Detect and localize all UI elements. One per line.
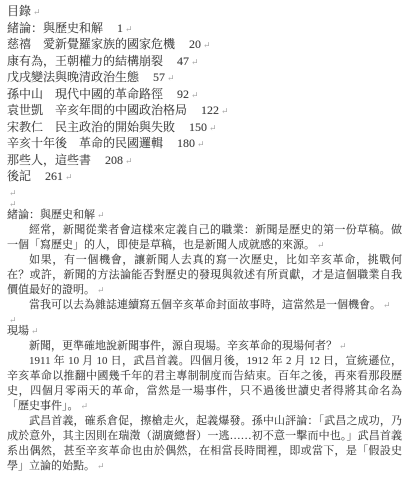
document-page: 目錄↵ 緒論：與歷史和解1↵ 慈禧 愛新覺羅家族的國家危機20↵ 康有為，王朝權…: [0, 0, 410, 480]
paragraph-mark-icon: ↵: [97, 285, 105, 295]
section-heading-text: 緒論：與歷史和解: [7, 209, 95, 221]
toc-item: 康有為，王朝權力的結構崩裂47↵: [7, 54, 402, 71]
paragraph-text: 新聞，更準確地說新聞事件，源自現場。辛亥革命的現場何者？: [29, 340, 337, 352]
toc-item: 宋教仁 民主政治的開始與失敗150↵: [7, 120, 402, 137]
toc-item-page: 1: [117, 21, 123, 35]
toc-item-title: 戊戌變法與晚清政治生態: [7, 70, 139, 84]
paragraph-mark-icon: ↵: [197, 139, 205, 149]
paragraph-mark-icon: ↵: [191, 90, 199, 100]
paragraph: 當我可以去為雜誌連續寫五個辛亥革命封面故事時，這當然是一個機會。↵: [7, 298, 402, 313]
paragraph-mark-icon: ↵: [339, 341, 347, 351]
paragraph-mark-icon: ↵: [317, 240, 325, 250]
paragraph-text: 當我可以去為雜誌連續寫五個辛亥革命封面故事時，這當然是一個機會。: [29, 299, 381, 311]
toc-item-page: 47: [177, 54, 189, 68]
empty-paragraph: ↵: [7, 313, 402, 324]
toc-item-title: 康有為，王朝權力的結構崩裂: [7, 54, 163, 68]
toc-item-title: 袁世凱 辛亥年間的中國政治格局: [7, 103, 187, 117]
paragraph: 如果，有一個機會，讓新聞人去真的寫一次歷史，比如辛亥革命，挑戰何在？或許，新聞的…: [7, 253, 402, 298]
empty-paragraph: ↵: [7, 197, 402, 208]
toc-item-title: 那些人，這些書: [7, 153, 91, 167]
paragraph-mark-icon: ↵: [167, 73, 175, 83]
toc-item-title: 辛亥十年後 革命的民國邏輯: [7, 136, 163, 150]
toc-header: 目錄: [7, 4, 31, 18]
toc-item-title: 緒論：與歷史和解: [7, 21, 103, 35]
paragraph-mark-icon: ↵: [209, 123, 217, 133]
section-intro: 緒論：與歷史和解↵ 經常，新聞從業者會這樣來定義自己的職業：新聞是歷史的第一份草…: [7, 208, 402, 313]
toc-item-page: 180: [177, 136, 195, 150]
paragraph-mark-icon: ↵: [221, 106, 229, 116]
toc-item-page: 57: [153, 70, 165, 84]
toc-item: 慈禧 愛新覺羅家族的國家危機20↵: [7, 37, 402, 54]
toc-item: 那些人，這些書208↵: [7, 153, 402, 170]
paragraph-mark-icon: ↵: [383, 300, 391, 310]
paragraph: 1911 年 10 月 10 日，武昌首義。四個月後，1912 年 2 月 12…: [7, 354, 402, 414]
paragraph-mark-icon: ↵: [125, 24, 133, 34]
toc-item: 袁世凱 辛亥年間的中國政治格局122↵: [7, 103, 402, 120]
paragraph: 經常，新聞從業者會這樣來定義自己的職業：新聞是歷史的第一份草稿。做一個「寫歷史」…: [7, 223, 402, 253]
empty-paragraph: ↵: [7, 186, 402, 197]
section-scene: 現場↵ 新聞，更準確地說新聞事件，源自現場。辛亥革命的現場何者？↵ 1911 年…: [7, 324, 402, 474]
toc-item-title: 慈禧 愛新覺羅家族的國家危機: [7, 37, 175, 51]
paragraph-text: 如果，有一個機會，讓新聞人去真的寫一次歷史，比如辛亥革命，挑戰何在？或許，新聞的…: [7, 254, 402, 296]
toc-item: 辛亥十年後 革命的民國邏輯180↵: [7, 136, 402, 153]
toc-item: 孫中山 現代中國的革命路徑92↵: [7, 87, 402, 104]
paragraph-mark-icon: ↵: [65, 172, 73, 182]
toc-header-line: 目錄↵: [7, 4, 402, 21]
toc-item-title: 後記: [7, 169, 31, 183]
paragraph-mark-icon: ↵: [31, 326, 39, 336]
section-heading-scene: 現場↵: [7, 324, 402, 339]
toc-item-title: 宋教仁 民主政治的開始與失敗: [7, 120, 175, 134]
paragraph: 新聞，更準確地說新聞事件，源自現場。辛亥革命的現場何者？↵: [7, 339, 402, 354]
toc-item-page: 150: [189, 120, 207, 134]
paragraph-mark-icon: ↵: [203, 40, 211, 50]
toc-item-page: 122: [201, 103, 219, 117]
section-heading-intro: 緒論：與歷史和解↵: [7, 208, 402, 223]
paragraph-text: 武昌首義，確系倉促，擦槍走火，起義爆發。孫中山評論：「武昌之成功，乃成於意外，其…: [7, 415, 402, 472]
paragraph: 武昌首義，確系倉促，擦槍走火，起義爆發。孫中山評論：「武昌之成功，乃成於意外，其…: [7, 414, 402, 474]
paragraph-mark-icon: ↵: [97, 210, 105, 220]
paragraph-mark-icon: ↵: [81, 401, 89, 411]
toc-item: 戊戌變法與晚清政治生態57↵: [7, 70, 402, 87]
toc-item: 後記261↵: [7, 169, 402, 186]
paragraph-mark-icon: ↵: [33, 7, 41, 17]
toc-item-page: 92: [177, 87, 189, 101]
paragraph-mark-icon: ↵: [97, 461, 105, 471]
paragraph-mark-icon: ↵: [191, 57, 199, 67]
section-heading-text: 現場: [7, 325, 29, 337]
paragraph-text: 經常，新聞從業者會這樣來定義自己的職業：新聞是歷史的第一份草稿。做一個「寫歷史」…: [7, 224, 402, 251]
toc-item-page: 261: [45, 169, 63, 183]
toc-item: 緒論：與歷史和解1↵: [7, 21, 402, 38]
paragraph-text: 1911 年 10 月 10 日，武昌首義。四個月後，1912 年 2 月 12…: [7, 355, 402, 412]
table-of-contents: 目錄↵ 緒論：與歷史和解1↵ 慈禧 愛新覺羅家族的國家危機20↵ 康有為，王朝權…: [7, 4, 402, 186]
toc-item-page: 20: [189, 37, 201, 51]
paragraph-mark-icon: ↵: [125, 156, 133, 166]
toc-item-title: 孫中山 現代中國的革命路徑: [7, 87, 163, 101]
toc-item-page: 208: [105, 153, 123, 167]
